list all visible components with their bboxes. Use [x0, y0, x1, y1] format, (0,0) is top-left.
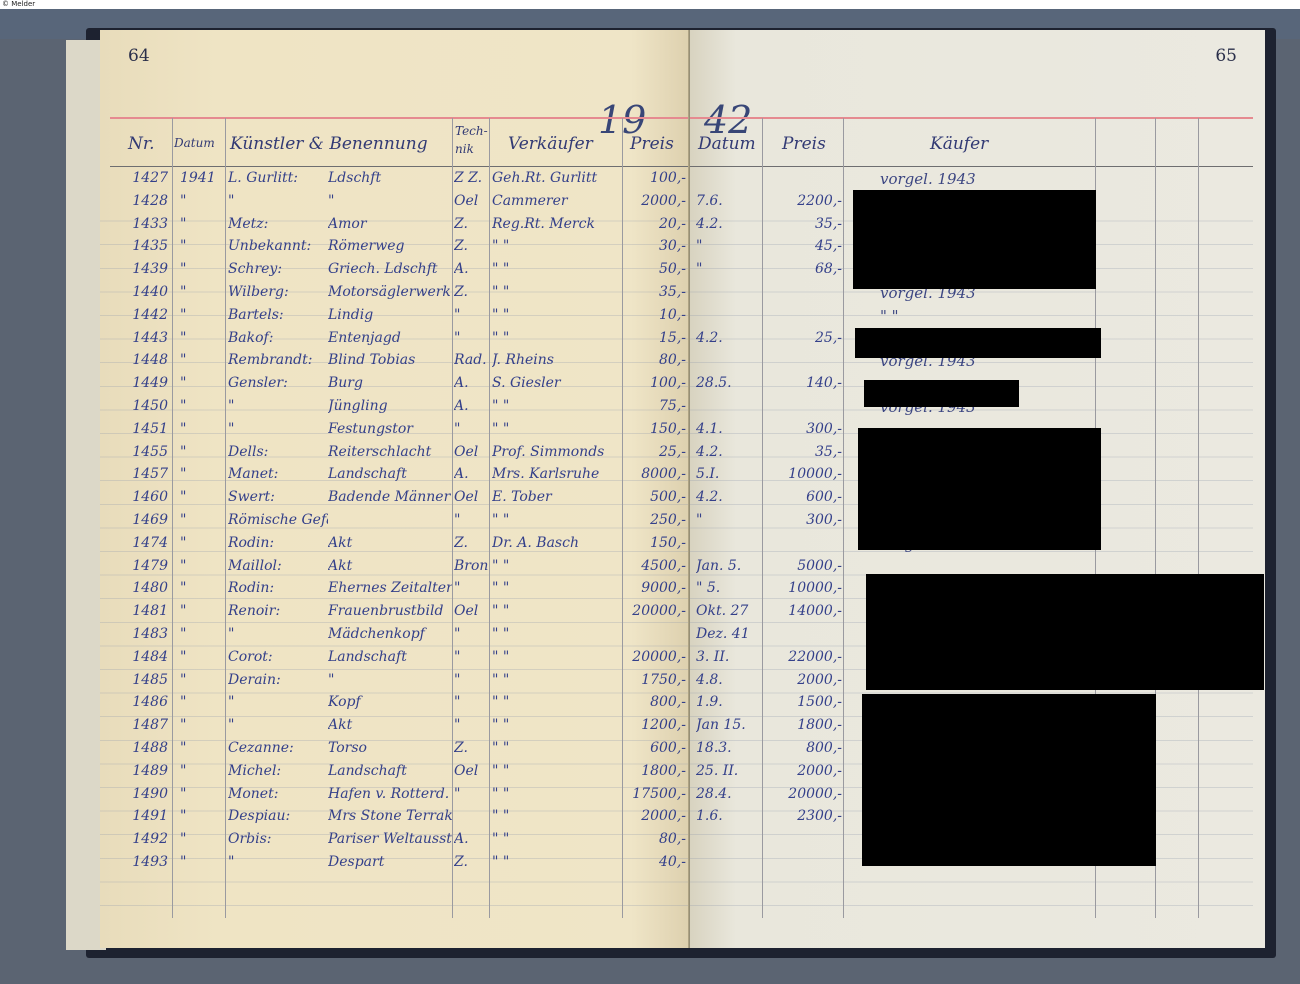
cell-preis: 500,-	[624, 489, 686, 505]
cell-verkaeufer: " "	[492, 580, 620, 596]
cell-technik: "	[454, 717, 488, 733]
cell-datum: "	[180, 740, 220, 756]
ledger-row: 1483""Mädchenkopf"" "	[100, 626, 690, 649]
cell-v-preis: 2000,-	[766, 672, 842, 688]
cell-technik: Oel	[454, 444, 488, 460]
ledger-row	[690, 307, 1265, 330]
cell-preis: 50,-	[624, 261, 686, 277]
cell-verkaeufer: " "	[492, 558, 620, 574]
cell-technik: Z.	[454, 284, 488, 300]
cell-technik: "	[454, 512, 488, 528]
cell-datum: "	[180, 284, 220, 300]
cell-datum: "	[180, 580, 220, 596]
cell-technik: Z Z.	[454, 170, 488, 186]
cell-datum: "	[180, 193, 220, 209]
ledger-row: 1451""Festungstor"" "150,-	[100, 421, 690, 444]
cell-technik: Oel	[454, 603, 488, 619]
cell-verkaeufer: " "	[492, 307, 620, 323]
cell-kuenstler: Maillol:	[228, 558, 328, 574]
cell-v-preis: 2000,-	[766, 763, 842, 779]
cell-preis: 15,-	[624, 330, 686, 346]
cell-kuenstler: Corot:	[228, 649, 328, 665]
cell-datum: "	[180, 261, 220, 277]
left-page: 64 19 Nr. Datum Künstler & Benennung Tec…	[100, 30, 690, 948]
header-bottom-rule	[690, 166, 1253, 167]
cell-v-preis: 1500,-	[766, 694, 842, 710]
cell-datum: "	[180, 398, 220, 414]
cell-preis: 80,-	[624, 352, 686, 368]
cell-kuenstler: Manet:	[228, 466, 328, 482]
cell-preis: 2000,-	[624, 193, 686, 209]
cell-v-datum: 25. II.	[696, 763, 758, 779]
cell-datum: "	[180, 489, 220, 505]
cell-benennung: Kopf	[328, 694, 452, 710]
cell-kuenstler: "	[228, 694, 328, 710]
cell-technik: "	[454, 694, 488, 710]
header-technik: Tech-nik	[455, 122, 487, 158]
cell-nr: 1492	[120, 831, 168, 847]
ledger-row: 1491"Despiau:Mrs Stone Terrak." "2000,-	[100, 808, 690, 831]
cell-kuenstler: Derain:	[228, 672, 328, 688]
cell-verkaeufer: Mrs. Karlsruhe	[492, 466, 620, 482]
cell-preis: 40,-	[624, 854, 686, 870]
cell-nr: 1479	[120, 558, 168, 574]
header-kaeufer: Käufer	[930, 134, 988, 154]
cell-kuenstler: Wilberg:	[228, 284, 328, 300]
cell-technik: Bronze	[454, 558, 488, 574]
cell-preis: 20000,-	[624, 603, 686, 619]
cell-benennung: Reiterschlacht	[328, 444, 452, 460]
ledger-row: 1487""Akt"" "1200,-	[100, 717, 690, 740]
cell-benennung: Griech. Ldschft	[328, 261, 452, 277]
cell-nr: 1488	[120, 740, 168, 756]
cell-preis: 9000,-	[624, 580, 686, 596]
cell-kuenstler: "	[228, 421, 328, 437]
cell-technik: Z.	[454, 238, 488, 254]
cell-nr: 1489	[120, 763, 168, 779]
cell-v-datum: Jan. 5.	[696, 558, 758, 574]
cell-datum: "	[180, 763, 220, 779]
cell-technik: "	[454, 626, 488, 642]
cell-technik: Rad.	[454, 352, 488, 368]
cell-v-preis: 22000,-	[766, 649, 842, 665]
cell-kuenstler: Bartels:	[228, 307, 328, 323]
ledger-row: 1435"Unbekannt:RömerwegZ." "30,-	[100, 238, 690, 261]
ledger-row: 1493""DespartZ." "40,-	[100, 854, 690, 877]
cell-kuenstler: Metz:	[228, 216, 328, 232]
cell-nr: 1487	[120, 717, 168, 733]
cell-nr: 1484	[120, 649, 168, 665]
cell-datum: "	[180, 512, 220, 528]
cell-technik: Oel	[454, 193, 488, 209]
cell-nr: 1451	[120, 421, 168, 437]
cell-v-datum: " 5.	[696, 580, 758, 596]
cell-datum: "	[180, 330, 220, 346]
cell-v-datum: 4.2.	[696, 444, 758, 460]
cell-v-datum: 1.9.	[696, 694, 758, 710]
cell-datum: "	[180, 238, 220, 254]
cell-benennung: Akt	[328, 717, 452, 733]
cell-kuenstler: "	[228, 398, 328, 414]
cell-technik: A.	[454, 398, 488, 414]
header-kuenstler: Künstler & Benennung	[230, 134, 428, 154]
ledger-row: 1460"Swert:Badende MännerOelE. Tober500,…	[100, 489, 690, 512]
cell-nr: 1460	[120, 489, 168, 505]
cell-preis: 75,-	[624, 398, 686, 414]
cell-nr: 1490	[120, 786, 168, 802]
cell-benennung: Römerweg	[328, 238, 452, 254]
cell-nr: 1450	[120, 398, 168, 414]
cell-nr: 1449	[120, 375, 168, 391]
cell-verkaeufer: " "	[492, 603, 620, 619]
cell-kuenstler: Despiau:	[228, 808, 328, 824]
cell-v-datum: 1.6.	[696, 808, 758, 824]
header-verkaeufer: Verkäufer	[508, 134, 593, 154]
cell-v-datum: 4.8.	[696, 672, 758, 688]
cell-verkaeufer: Prof. Simmonds	[492, 444, 620, 460]
cell-technik: Z.	[454, 854, 488, 870]
cell-v-preis: 20000,-	[766, 786, 842, 802]
cell-verkaeufer: " "	[492, 649, 620, 665]
cell-v-datum: Dez. 41	[696, 626, 758, 642]
cell-nr: 1427	[120, 170, 168, 186]
cell-nr: 1442	[120, 307, 168, 323]
ledger-row: 1440"Wilberg:MotorsäglerwerkZ." "35,-	[100, 284, 690, 307]
cell-datum: "	[180, 466, 220, 482]
cell-v-datum: 7.6.	[696, 193, 758, 209]
header-nr: Nr.	[128, 134, 155, 154]
cell-nr: 1443	[120, 330, 168, 346]
cell-v-preis: 2200,-	[766, 193, 842, 209]
left-page-number: 64	[128, 46, 150, 66]
cell-v-preis: 68,-	[766, 261, 842, 277]
cell-verkaeufer: " "	[492, 672, 620, 688]
cell-preis: 30,-	[624, 238, 686, 254]
cell-technik: A.	[454, 375, 488, 391]
cell-preis: 1200,-	[624, 717, 686, 733]
redaction-block	[853, 190, 1096, 289]
cell-kuenstler: "	[228, 717, 328, 733]
cell-technik: Z.	[454, 216, 488, 232]
cell-benennung: Entenjagd	[328, 330, 452, 346]
cell-benennung: Mädchenkopf	[328, 626, 452, 642]
cell-technik: "	[454, 330, 488, 346]
cell-datum: "	[180, 421, 220, 437]
buyer-note: " "	[880, 307, 899, 325]
cell-nr: 1481	[120, 603, 168, 619]
cell-preis: 150,-	[624, 535, 686, 551]
cell-v-preis: 25,-	[766, 330, 842, 346]
cell-nr: 1457	[120, 466, 168, 482]
cell-preis: 600,-	[624, 740, 686, 756]
cell-benennung: Akt	[328, 535, 452, 551]
cell-technik: A.	[454, 261, 488, 277]
cell-preis: 4500,-	[624, 558, 686, 574]
ledger-row: 1448"Rembrandt:Blind TobiasRad.J. Rheins…	[100, 352, 690, 375]
cell-kuenstler: Swert:	[228, 489, 328, 505]
cell-datum: "	[180, 558, 220, 574]
cell-technik: "	[454, 580, 488, 596]
cell-datum: "	[180, 375, 220, 391]
cell-benennung: Badende Männer	[328, 489, 452, 505]
cell-v-preis: 1800,-	[766, 717, 842, 733]
cell-v-preis: 10000,-	[766, 466, 842, 482]
cell-v-preis: 35,-	[766, 444, 842, 460]
cell-kuenstler: Rembrandt:	[228, 352, 328, 368]
cell-datum: "	[180, 808, 220, 824]
cell-benennung: Hafen v. Rotterd.	[328, 786, 452, 802]
cell-v-preis: 140,-	[766, 375, 842, 391]
cell-benennung: Blind Tobias	[328, 352, 452, 368]
cell-preis: 150,-	[624, 421, 686, 437]
cell-benennung: Ldschft	[328, 170, 452, 186]
cell-preis: 17500,-	[624, 786, 686, 802]
cell-technik: A.	[454, 466, 488, 482]
cell-benennung: Despart	[328, 854, 452, 870]
cell-verkaeufer: " "	[492, 284, 620, 300]
cell-verkaeufer: Geh.Rt. Gurlitt	[492, 170, 620, 186]
cell-preis: 35,-	[624, 284, 686, 300]
ledger-row: 1449"Gensler:BurgA.S. Giesler100,-	[100, 375, 690, 398]
cell-verkaeufer: " "	[492, 717, 620, 733]
cell-verkaeufer: " "	[492, 808, 620, 824]
cell-technik: "	[454, 786, 488, 802]
cell-v-preis: 300,-	[766, 421, 842, 437]
cell-datum: "	[180, 786, 220, 802]
cell-datum: "	[180, 535, 220, 551]
photo-credit: © Melder	[0, 0, 1300, 9]
cell-kuenstler: "	[228, 854, 328, 870]
cell-v-preis: 600,-	[766, 489, 842, 505]
cell-benennung: Amor	[328, 216, 452, 232]
cell-verkaeufer: " "	[492, 854, 620, 870]
cell-preis: 80,-	[624, 831, 686, 847]
cell-kuenstler: Bakof:	[228, 330, 328, 346]
cell-preis: 1800,-	[624, 763, 686, 779]
cell-kuenstler: Unbekannt:	[228, 238, 328, 254]
ledger-row: 1490"Monet:Hafen v. Rotterd."" "17500,-	[100, 786, 690, 809]
cell-datum: "	[180, 603, 220, 619]
cell-benennung: Torso	[328, 740, 452, 756]
ledger-row: 1433"Metz:AmorZ.Reg.Rt. Merck20,-	[100, 216, 690, 239]
ledger-row: 1443"Bakof:Entenjagd"" "15,-	[100, 330, 690, 353]
cell-nr: 1469	[120, 512, 168, 528]
cell-nr: 1486	[120, 694, 168, 710]
cell-nr: 1435	[120, 238, 168, 254]
cell-verkaeufer: " "	[492, 694, 620, 710]
cell-v-datum: 4.2.	[696, 330, 758, 346]
cell-preis: 800,-	[624, 694, 686, 710]
cell-preis: 8000,-	[624, 466, 686, 482]
cell-datum: "	[180, 672, 220, 688]
cell-verkaeufer: " "	[492, 740, 620, 756]
cell-nr: 1439	[120, 261, 168, 277]
header-rule	[110, 117, 690, 119]
cell-nr: 1480	[120, 580, 168, 596]
ledger-row: 1457"Manet:LandschaftA.Mrs. Karlsruhe800…	[100, 466, 690, 489]
cell-verkaeufer: Cammerer	[492, 193, 620, 209]
cell-nr: 1440	[120, 284, 168, 300]
ledger-row: 1439"Schrey:Griech. LdschftA." "50,-	[100, 261, 690, 284]
cell-kuenstler: "	[228, 193, 328, 209]
cell-benennung: "	[328, 672, 452, 688]
ledger-row: 1488"Cezanne:TorsoZ." "600,-	[100, 740, 690, 763]
cell-benennung: Festungstor	[328, 421, 452, 437]
cell-technik: "	[454, 307, 488, 323]
cell-preis: 100,-	[624, 375, 686, 391]
cell-v-preis: 2300,-	[766, 808, 842, 824]
cell-nr: 1485	[120, 672, 168, 688]
cell-verkaeufer: " "	[492, 763, 620, 779]
cell-verkaeufer: E. Tober	[492, 489, 620, 505]
cell-verkaeufer: Dr. A. Basch	[492, 535, 620, 551]
cell-verkaeufer: " "	[492, 261, 620, 277]
ledger-row: 1450""JünglingA." "75,-	[100, 398, 690, 421]
cell-technik: A.	[454, 831, 488, 847]
cell-kuenstler: Orbis:	[228, 831, 328, 847]
ledger-row: 1486""Kopf"" "800,-	[100, 694, 690, 717]
cell-nr: 1491	[120, 808, 168, 824]
cell-v-preis: 14000,-	[766, 603, 842, 619]
cell-v-datum: Okt. 27	[696, 603, 758, 619]
ledger-row: 1484"Corot:Landschaft"" "20000,-	[100, 649, 690, 672]
ledger-row: 14271941L. Gurlitt:LdschftZ Z.Geh.Rt. Gu…	[100, 170, 690, 193]
cell-kuenstler: Rodin:	[228, 580, 328, 596]
redaction-block	[862, 694, 1156, 866]
cell-nr: 1448	[120, 352, 168, 368]
cell-datum: "	[180, 854, 220, 870]
cell-nr: 1433	[120, 216, 168, 232]
cell-benennung: Landschaft	[328, 763, 452, 779]
cell-preis: 100,-	[624, 170, 686, 186]
cell-kuenstler: Michel:	[228, 763, 328, 779]
cell-v-preis: 5000,-	[766, 558, 842, 574]
cell-preis: 2000,-	[624, 808, 686, 824]
ledger-row: 1480"Rodin:Ehernes Zeitalter"" "9000,-	[100, 580, 690, 603]
cell-v-datum: "	[696, 512, 758, 528]
cell-verkaeufer: S. Giesler	[492, 375, 620, 391]
redaction-block	[858, 428, 1101, 550]
cell-kuenstler: Monet:	[228, 786, 328, 802]
cell-nr: 1493	[120, 854, 168, 870]
cell-v-datum: 4.2.	[696, 216, 758, 232]
cell-kuenstler: "	[228, 626, 328, 642]
cell-preis: 20000,-	[624, 649, 686, 665]
cell-preis: 1750,-	[624, 672, 686, 688]
cell-preis: 25,-	[624, 444, 686, 460]
cell-datum: "	[180, 216, 220, 232]
cell-v-preis: 35,-	[766, 216, 842, 232]
cell-benennung: Frauenbrustbild	[328, 603, 452, 619]
header-v-datum: Datum	[698, 134, 756, 154]
cell-v-datum: Jan 15.	[696, 717, 758, 733]
cell-technik: Oel	[454, 763, 488, 779]
ledger-row: 1479"Maillol:AktBronze" "4500,-	[100, 558, 690, 581]
cell-verkaeufer: " "	[492, 786, 620, 802]
cell-v-preis: 10000,-	[766, 580, 842, 596]
cell-datum: "	[180, 649, 220, 665]
cell-v-datum: 18.3.	[696, 740, 758, 756]
cell-benennung: Pariser Weltausstellg.	[328, 831, 452, 847]
cell-datum: "	[180, 717, 220, 733]
ledger-row: 1474"Rodin:AktZ.Dr. A. Basch150,-	[100, 535, 690, 558]
cell-datum: "	[180, 831, 220, 847]
cell-v-datum: 5.I.	[696, 466, 758, 482]
cell-kuenstler: Renoir:	[228, 603, 328, 619]
cell-technik: Z.	[454, 740, 488, 756]
cell-v-datum: 3. II.	[696, 649, 758, 665]
cell-technik: "	[454, 421, 488, 437]
cell-v-datum: 28.4.	[696, 786, 758, 802]
cell-kuenstler: L. Gurlitt:	[228, 170, 328, 186]
ledger-row: 1455"Dells:ReiterschlachtOelProf. Simmon…	[100, 444, 690, 467]
cell-preis: 10,-	[624, 307, 686, 323]
cell-v-datum: "	[696, 261, 758, 277]
right-page-number: 65	[1215, 46, 1237, 66]
redaction-block	[866, 574, 1264, 690]
cell-benennung: "	[328, 193, 452, 209]
header-rule	[690, 117, 1253, 119]
cell-verkaeufer: " "	[492, 626, 620, 642]
cell-benennung: Landschaft	[328, 466, 452, 482]
ledger-row: 1469"Römische Gefäße"" "250,-	[100, 512, 690, 535]
cell-kuenstler: Rodin:	[228, 535, 328, 551]
header-bottom-rule	[110, 166, 690, 167]
cell-datum: 1941	[180, 170, 220, 186]
buyer-note: vorgel. 1943	[880, 170, 976, 188]
redaction-block	[864, 380, 1019, 407]
cell-verkaeufer: " "	[492, 831, 620, 847]
cell-technik: Oel	[454, 489, 488, 505]
cell-nr: 1428	[120, 193, 168, 209]
cell-verkaeufer: J. Rheins	[492, 352, 620, 368]
cell-kuenstler: Cezanne:	[228, 740, 328, 756]
cell-preis: 250,-	[624, 512, 686, 528]
cell-v-datum: "	[696, 238, 758, 254]
cell-v-preis: 800,-	[766, 740, 842, 756]
cell-datum: "	[180, 352, 220, 368]
ledger-row: 1481"Renoir:FrauenbrustbildOel" "20000,-	[100, 603, 690, 626]
ledger-row: 1428"""OelCammerer2000,-	[100, 193, 690, 216]
cell-verkaeufer: " "	[492, 398, 620, 414]
cell-benennung: Landschaft	[328, 649, 452, 665]
cell-verkaeufer: Reg.Rt. Merck	[492, 216, 620, 232]
cell-nr: 1455	[120, 444, 168, 460]
cell-verkaeufer: " "	[492, 238, 620, 254]
cell-kuenstler: Römische Gefäße	[228, 512, 328, 528]
cell-v-datum: 4.2.	[696, 489, 758, 505]
redaction-block	[855, 328, 1101, 358]
cell-datum: "	[180, 444, 220, 460]
cell-verkaeufer: " "	[492, 421, 620, 437]
cell-preis: 20,-	[624, 216, 686, 232]
cell-v-datum: 28.5.	[696, 375, 758, 391]
cell-technik: "	[454, 672, 488, 688]
ledger-row: 1489"Michel:LandschaftOel" "1800,-	[100, 763, 690, 786]
cell-benennung: Jüngling	[328, 398, 452, 414]
cell-benennung: Akt	[328, 558, 452, 574]
cell-v-preis: 300,-	[766, 512, 842, 528]
cell-benennung: Mrs Stone Terrak.	[328, 808, 452, 824]
cell-benennung: Motorsäglerwerk	[328, 284, 452, 300]
cell-nr: 1483	[120, 626, 168, 642]
header-v-preis: Preis	[782, 134, 826, 154]
cell-datum: "	[180, 626, 220, 642]
header-preis: Preis	[630, 134, 674, 154]
cell-kuenstler: Schrey:	[228, 261, 328, 277]
cell-benennung: Ehernes Zeitalter	[328, 580, 452, 596]
cell-technik: "	[454, 649, 488, 665]
